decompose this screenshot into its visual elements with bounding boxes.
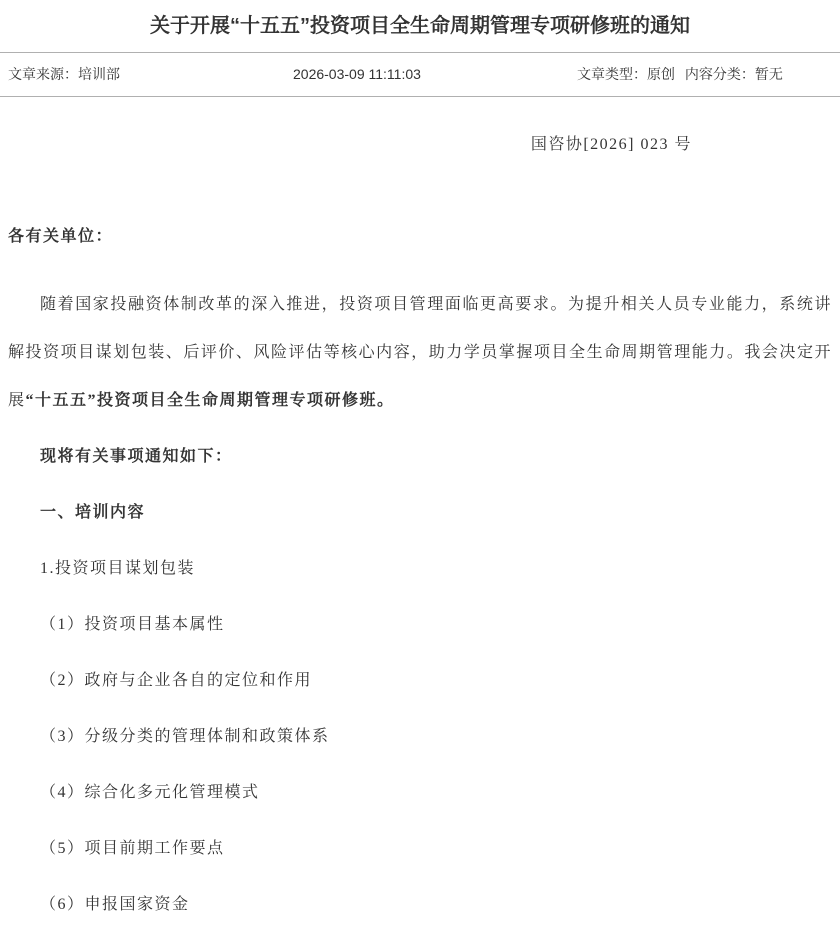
article-body: 国咨协[2026] 023 号 各有关单位： 随着国家投融资体制改革的深入推进，… [0, 121, 840, 928]
list-item-5: （5）项目前期工作要点 [8, 825, 832, 873]
list-item-1: （1）投资项目基本属性 [8, 601, 832, 649]
meta-source: 文章来源：培训部 [0, 66, 280, 83]
meta-source-value: 培训部 [78, 66, 120, 82]
list-item-6: （6）申报国家资金 [8, 881, 832, 928]
meta-category-value: 暂无 [755, 66, 783, 82]
meta-datetime: 2026-03-09 11:11:03 [280, 66, 560, 83]
meta-type-label: 文章类型： [577, 66, 647, 82]
page-title: 关于开展“十五五”投资项目全生命周期管理专项研修班的通知 [0, 13, 840, 39]
meta-type: 文章类型：原创 内容分类：暂无 [560, 66, 840, 83]
module-heading-1: 1.投资项目谋划包装 [8, 545, 832, 593]
meta-bar: 文章来源：培训部 2026-03-09 11:11:03 文章类型：原创 内容分… [0, 53, 840, 96]
meta-category-pair: 内容分类：暂无 [685, 66, 783, 82]
intro-bold-text: “十五五”投资项目全生命周期管理专项研修班。 [26, 392, 395, 409]
meta-type-pair: 文章类型：原创 [577, 66, 675, 82]
article-page: 关于开展“十五五”投资项目全生命周期管理专项研修班的通知 文章来源：培训部 20… [0, 13, 840, 928]
intro-paragraph: 随着国家投融资体制改革的深入推进，投资项目管理面临更高要求。为提升相关人员专业能… [8, 281, 832, 425]
meta-category-label: 内容分类： [685, 66, 755, 82]
list-item-4: （4）综合化多元化管理模式 [8, 769, 832, 817]
meta-source-label: 文章来源： [8, 66, 78, 82]
meta-divider [0, 96, 840, 97]
list-item-3: （3）分级分类的管理体制和政策体系 [8, 713, 832, 761]
meta-type-value: 原创 [647, 66, 675, 82]
section-heading-training-content: 一、培训内容 [8, 489, 832, 537]
salutation: 各有关单位： [8, 213, 832, 261]
list-item-2: （2）政府与企业各自的定位和作用 [8, 657, 832, 705]
doc-number: 国咨协[2026] 023 号 [8, 121, 832, 169]
notice-line: 现将有关事项通知如下： [8, 433, 832, 481]
